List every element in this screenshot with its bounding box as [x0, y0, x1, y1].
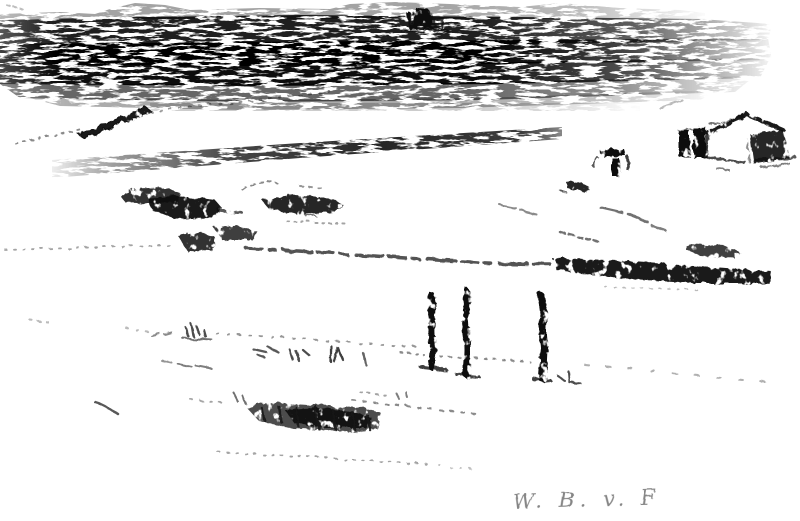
posts-dotted-left [400, 352, 424, 355]
ridge-dotted-left [5, 245, 175, 250]
faint-horizon-row [150, 103, 640, 111]
bush-arc-marks [243, 182, 278, 190]
dune-step-edge [560, 149, 629, 192]
three-posts [421, 291, 551, 381]
bush-dotted [287, 221, 345, 224]
field-line-band [52, 127, 562, 178]
flick-stroke [95, 402, 117, 413]
post-2 [466, 291, 468, 375]
ridge-upper-dashes [600, 207, 622, 212]
field-boundary-stroke [79, 107, 151, 139]
l-shaped-mark [558, 372, 581, 384]
landscape-drawing: W. B. v. F [0, 0, 800, 521]
post-1 [431, 296, 433, 367]
posts-dotted-mid [440, 356, 530, 362]
ridge-under-dots [605, 287, 700, 290]
right-farm-buildings [679, 115, 796, 170]
boundary-dotted-left [15, 130, 80, 143]
post-3 [541, 296, 545, 379]
artist-signature: W. B. v. F [512, 485, 660, 514]
sketch-canvas: W. B. v. F [0, 0, 800, 521]
sky-hatching-band [0, 2, 772, 178]
grass-tufts [30, 320, 420, 369]
small-hut-right-wall [693, 128, 706, 158]
small-hut-left-wall [679, 131, 690, 157]
mid-ridge-line [178, 226, 772, 284]
foreground-scrub-band [247, 402, 380, 432]
ridge-broken-line [246, 248, 556, 264]
scrub-bushes [120, 188, 344, 219]
right-dotted-trail [585, 365, 780, 383]
corner-dashes [6, 4, 26, 10]
